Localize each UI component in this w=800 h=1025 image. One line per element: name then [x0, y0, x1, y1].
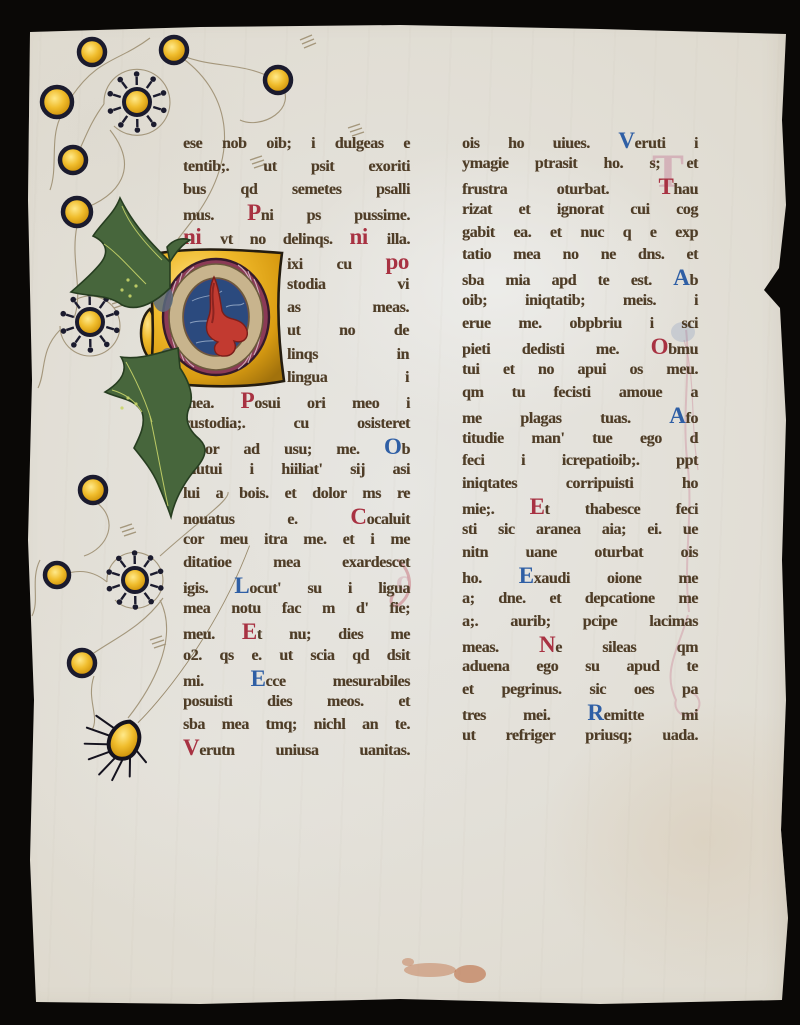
text-line: titudie man' tue ego d	[462, 428, 698, 451]
text-line: mus. Pni ps pussime.	[183, 201, 410, 224]
text-line: linqs in	[287, 343, 409, 366]
colored-initial: po	[386, 249, 410, 274]
colored-initial: E	[242, 619, 257, 644]
ink-text: qm tu fecisti amoue a	[462, 384, 698, 401]
colored-initial: A	[669, 403, 685, 428]
text-line: mea notu fac m d' fie;	[183, 597, 410, 620]
ink-text: lingua i	[287, 369, 409, 386]
colored-initial: T	[658, 174, 673, 199]
gold-bezant-icon	[79, 39, 105, 65]
gold-bezant-icon	[265, 67, 291, 93]
ink-text: ditatioe mea exardescet	[183, 554, 410, 571]
text-line: et pegrinus. sic oes pa	[462, 679, 698, 702]
gold-bezant-icon	[45, 563, 69, 587]
ink-text: bus qd semetes psalli	[183, 181, 410, 198]
ink-text: hau	[673, 181, 698, 198]
text-line: me plagas tuas. Afo	[462, 405, 698, 428]
colored-initial: O	[651, 334, 669, 359]
ink-text: xaudi oione me	[534, 570, 698, 587]
ink-text: ixi cu	[287, 256, 386, 273]
text-line: erue me. obpbriu i sci	[462, 313, 698, 336]
ink-text: sba mia apd te est.	[462, 272, 673, 289]
text-line: ymagie ptrasit ho. s; et	[462, 153, 698, 176]
ink-text: meu.	[183, 626, 242, 643]
text-line: mi. Ecce mesurabiles	[183, 667, 410, 690]
ink-text: titudie man' tue ego d	[462, 430, 698, 447]
text-line: feci i icrepatioib;. ppt	[462, 450, 698, 473]
ink-text: e sileas qm	[555, 639, 698, 656]
ink-text: ho.	[462, 570, 519, 587]
ink-text: mea.	[183, 395, 241, 412]
text-line: ho. Exaudi oione me	[462, 565, 698, 588]
ink-text: ni ps pussime.	[261, 207, 410, 224]
ink-text: mie;.	[462, 501, 530, 518]
ink-text: o2. qs e. ut scia qd dsit	[183, 647, 410, 664]
text-line: nouatus e. Cocaluit	[183, 505, 410, 528]
colored-initial: R	[587, 700, 603, 725]
ink-text: ois ho uiues.	[462, 135, 618, 152]
text-line: stodia vi	[287, 273, 409, 296]
text-line: tres mei. Remitte mi	[462, 702, 698, 725]
text-line: ixi cu po	[287, 250, 409, 273]
ink-text: custodia;. cu osisteret	[183, 415, 410, 432]
ink-text: ut no de	[287, 322, 409, 339]
text-line: ese nob oib; i dulgeas e	[183, 132, 410, 155]
text-line: sti sic aranea aia; ei. ue	[462, 519, 698, 542]
colored-initial: V	[183, 735, 199, 760]
text-line: tatio mea no ne dns. et	[462, 244, 698, 267]
text-line: cor meu itra me. et i me	[183, 528, 410, 551]
stain-icon	[402, 958, 486, 983]
gold-bezant-icon	[69, 650, 95, 676]
ink-text: mutui i hiiliat' sij asi	[183, 461, 410, 478]
text-line: frustra oturbat. Thau	[462, 176, 698, 199]
ink-text: emitte mi	[604, 707, 698, 724]
text-line: mutui i hiiliat' sij asi	[183, 458, 410, 481]
text-line: Verutn uniusa uanitas.	[183, 736, 410, 759]
colored-initial: C	[350, 504, 366, 529]
colored-initial: L	[234, 573, 249, 598]
gold-bezant-icon	[63, 198, 91, 226]
text-line: gabit ea. et nuc q e exp	[462, 222, 698, 245]
text-line: igis. Locut' su i ligua	[183, 574, 410, 597]
text-line: lingua i	[287, 366, 409, 389]
text-line: meas. Ne sileas qm	[462, 634, 698, 657]
ink-text: igis.	[183, 580, 234, 597]
ink-text: tentib;. ut psit exoriti	[183, 158, 410, 175]
ink-text: illa.	[387, 231, 410, 248]
ink-text: cor meu itra me. et i me	[183, 531, 410, 548]
ink-text: b	[690, 272, 699, 289]
colored-initial: A	[673, 265, 689, 290]
sun-bezant-icon	[106, 550, 163, 610]
ink-text: frustra oturbat.	[462, 181, 658, 198]
text-line: nitn uane oturbat ois	[462, 542, 698, 565]
text-line: meu. Et nu; dies me	[183, 620, 410, 643]
ink-text: pieti dedisti me.	[462, 341, 651, 358]
sun-bezant-icon	[107, 71, 166, 133]
colored-initial: E	[519, 563, 534, 588]
text-line: iniqtates corripuisti ho	[462, 473, 698, 496]
text-line: pieti dedisti me. Obmu	[462, 336, 698, 359]
ink-text: erue me. obpbriu i sci	[462, 315, 698, 332]
text-line: bus qd semetes psalli	[183, 178, 410, 201]
ink-text: tres mei.	[462, 707, 587, 724]
text-line: oib; iniqtatib; meis. i	[462, 290, 698, 313]
ink-text: a; dne. et depcatione me	[462, 590, 698, 607]
text-line: lui a bois. et dolor ms re	[183, 482, 410, 505]
ink-text: lui a bois. et dolor ms re	[183, 485, 410, 502]
text-line: posuisti dies meos. et	[183, 690, 410, 713]
ink-text: gabit ea. et nuc q e exp	[462, 224, 698, 241]
ink-text: cce mesurabiles	[266, 673, 410, 690]
ink-text: nitn uane oturbat ois	[462, 544, 698, 561]
ink-text: ocaluit	[367, 511, 410, 528]
text-line: sba mea tmq; nichl an te.	[183, 713, 410, 736]
colored-initial: O	[384, 434, 402, 459]
ink-text: meas.	[462, 639, 539, 656]
colored-initial: ni	[350, 224, 387, 249]
ink-text: ymagie ptrasit ho. s; et	[462, 155, 698, 172]
colored-initial: V	[618, 128, 634, 153]
text-line: tui et no apui os meu.	[462, 359, 698, 382]
ink-text: sti sic aranea aia; ei. ue	[462, 521, 698, 538]
illuminated-initial-d	[130, 243, 290, 393]
colored-initial: E	[251, 666, 266, 691]
text-line: sba mia apd te est. Ab	[462, 267, 698, 290]
ink-text: ese nob oib; i dulgeas e	[183, 135, 410, 152]
text-line: custodia;. cu osisteret	[183, 412, 410, 435]
ink-text: osui ori meo i	[254, 395, 410, 412]
ink-text: tui et no apui os meu.	[462, 361, 698, 378]
ink-text: rizat et ignorat cui cog	[462, 201, 698, 218]
ink-text: tatio mea no ne dns. et	[462, 246, 698, 263]
ink-text: b	[402, 441, 411, 458]
text-line: pecor ad usu; me. Ob	[183, 435, 410, 458]
text-line: as meas.	[287, 296, 409, 319]
ink-text: stodia vi	[287, 276, 409, 293]
left-column-top: ese nob oib; i dulgeas etentib;. ut psit…	[183, 132, 410, 248]
text-line: rizat et ignorat cui cog	[462, 199, 698, 222]
photo-background: { "manuscript": { "initial": { "letter":…	[0, 0, 800, 1025]
text-line: ditatioe mea exardescet	[183, 551, 410, 574]
ink-text: as meas.	[287, 299, 409, 316]
ink-text: oib; iniqtatib; meis. i	[462, 292, 698, 309]
sun-bezant-icon	[60, 291, 119, 353]
text-line: mie;. Et thabesce feci	[462, 496, 698, 519]
ink-text: aduena ego su apud te	[462, 658, 698, 675]
ink-text: a;. aurib; pcipe lacimas	[462, 613, 698, 630]
ink-text: posuisti dies meos. et	[183, 693, 410, 710]
ink-text: mea notu fac m d' fie;	[183, 600, 410, 617]
ink-text: me plagas tuas.	[462, 410, 669, 427]
ink-text: linqs in	[287, 346, 409, 363]
ink-text: feci i icrepatioib;. ppt	[462, 452, 698, 469]
ink-text: et pegrinus. sic oes pa	[462, 681, 698, 698]
text-line: a;. aurib; pcipe lacimas	[462, 611, 698, 634]
gold-bezant-icon	[60, 147, 86, 173]
ink-text: ocut' su i ligua	[249, 580, 410, 597]
ink-text: t nu; dies me	[257, 626, 410, 643]
ink-text: bmu	[668, 341, 698, 358]
ink-text: mi.	[183, 673, 251, 690]
ink-text: iniqtates corripuisti ho	[462, 475, 698, 492]
ink-text: nouatus e.	[183, 511, 350, 528]
left-column-beside-initial: ixi cu postodia vias meas.ut no delinqs …	[287, 250, 409, 389]
ink-text: sba mea tmq; nichl an te.	[183, 716, 410, 733]
ink-text: pecor ad usu; me.	[183, 441, 384, 458]
ink-text: eruti i	[635, 135, 698, 152]
text-line: tentib;. ut psit exoriti	[183, 155, 410, 178]
text-line: qm tu fecisti amoue a	[462, 382, 698, 405]
colored-initial: P	[247, 200, 261, 225]
text-line: o2. qs e. ut scia qd dsit	[183, 644, 410, 667]
ink-text: fo	[685, 410, 698, 427]
ink-text: erutn uniusa uanitas.	[199, 742, 410, 759]
gold-bezant-icon	[80, 477, 106, 503]
ink-text: ut refriger priusq; uada.	[462, 727, 698, 744]
colored-initial: N	[539, 632, 555, 657]
text-line: ut no de	[287, 319, 409, 342]
gold-bezant-icon	[161, 37, 187, 63]
colored-initial: E	[530, 494, 545, 519]
vellum-leaf: ese nob oib; i dulgeas etentib;. ut psit…	[0, 0, 800, 1025]
text-line: a; dne. et depcatione me	[462, 588, 698, 611]
text-line: ois ho uiues. Veruti i	[462, 130, 698, 153]
ink-text: t thabesce feci	[545, 501, 698, 518]
gold-bezant-icon	[42, 87, 72, 117]
ink-text: mus.	[183, 207, 247, 224]
left-column-below: mea. Posui ori meo icustodia;. cu osiste…	[183, 389, 410, 759]
text-line: aduena ego su apud te	[462, 656, 698, 679]
right-column: ois ho uiues. Veruti iymagie ptrasit ho.…	[462, 130, 698, 748]
text-line: ut refriger priusq; uada.	[462, 725, 698, 748]
